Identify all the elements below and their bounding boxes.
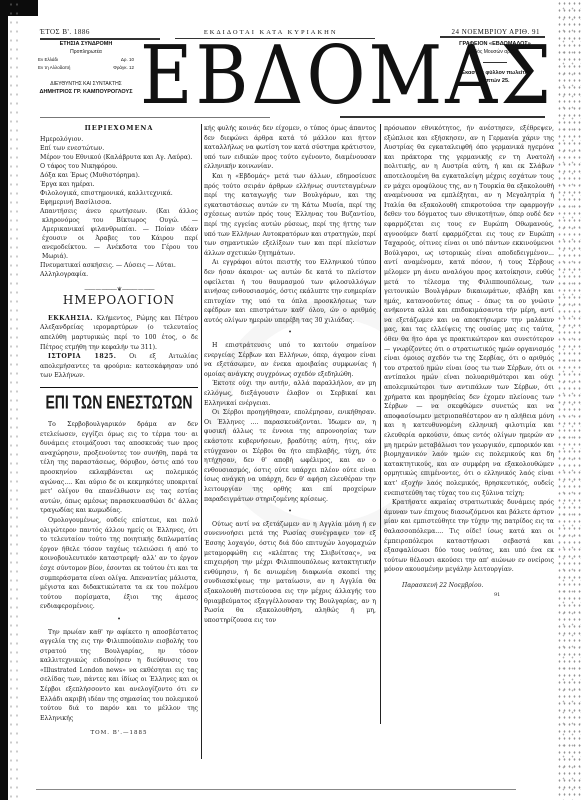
director-label: ΔΙΕΥΘΥΝΤΗΣ ΚΑΙ ΣΥΝΤΑΚΤΗΣ: [38, 80, 134, 88]
page-bottom-rule: [36, 789, 516, 790]
scan-noise-right: [557, 0, 581, 800]
entry-lead: ΙΣΤΟΡΙΑ 1825.: [48, 353, 116, 360]
article-paragraph: πρόσωπον εθνικότητος, ήν ανέστησεν, εξέθ…: [384, 124, 554, 498]
article-paragraph: Την πρωίαν καθ' ην αφίκετο η αποσβέστατο…: [40, 628, 198, 724]
column-1: ΠΕΡΙΕΧΟΜΕΝΑ Ημερολόγιον. Επί των ενεστώτ…: [40, 124, 198, 739]
contents-item: Ο τάφος του Νικηφόρου.: [40, 162, 198, 171]
contents-item: Απαντήσεις άνευ ερωτήσεων. (Και άλλος κλ…: [40, 207, 198, 261]
office-box: ΓΡΑΦΕΙΟΝ «ΕΒΔΟΜΑΔΟΣ» Οδός Μουσών αριθ. 6…: [440, 40, 550, 110]
subscription-row: Εν Ελλάδι Δρ. 10: [38, 56, 134, 64]
calendar-entry: ΕΚΚΛΗΣΙΑ. Κλήμεντος, Ρώμης και Πέτρου Αλ…: [40, 314, 198, 352]
entry-lead: ΕΚΚΛΗΣΙΑ.: [48, 315, 93, 322]
article-paragraph: Έκτοτε ούχι την αυτήν, αλλά παραλλήλον, …: [204, 379, 376, 408]
director-name: ΔΗΜΗΤΡΙΟΣ ΓΡ. ΚΑΜΠΟΥΡΟΓΛΟΥΣ: [38, 88, 134, 96]
subscription-row: Εν τη Αλλοδαπή Φράγκ. 12: [38, 64, 134, 72]
column-3: πρόσωπον εθνικότητος, ήν ανέστησεν, εξέθ…: [384, 124, 554, 600]
article-paragraph: Αι εγγράφοι αύτοι πειστής του Ελληνικού …: [204, 258, 376, 325]
paragraph-separator: •: [204, 507, 376, 517]
binding-edge: [0, 0, 8, 800]
row-value: Δρ. 10: [121, 56, 134, 64]
column-2: κής φυλής κοινάς δεν είχομεν, ο τύπος όμ…: [204, 124, 376, 625]
paragraph-separator: •: [204, 328, 376, 338]
contents-item: Έργα και ημέραι.: [40, 180, 198, 189]
current-affairs-heading: ΕΠΙ ΤΩΝ ΕΝΕΣΤΩΤΩΝ: [40, 397, 198, 409]
newspaper-page: ΈΤΟΣ Β'. 1886 ΕΚΔΙΔΟΤΑΙ ΚΑΤΑ ΚΥΡΙΑΚΗΝ 24…: [0, 0, 581, 800]
price-line-1: Έκαστον φύλλον πωλείται: [440, 69, 550, 77]
year-label: ΈΤΟΣ Β'. 1886: [40, 28, 90, 36]
article-paragraph: Η επιστράτευσις υπό το καιτούν σημαίνον …: [204, 341, 376, 379]
contents-item: Δόξα και Έρως (Μυθιστόρημα).: [40, 171, 198, 180]
contents-heading: ΠΕΡΙΕΧΟΜΕΝΑ: [40, 124, 198, 134]
price-line-2: λεπτών 25.: [440, 77, 550, 85]
calendar-entry: ΙΣΤΟΡΙΑ 1825. Οι εξ Αιτωλίας απολεμήσαντ…: [40, 352, 198, 381]
office-heading: ΓΡΑΦΕΙΟΝ «ΕΒΔΟΜΑΔΟΣ»: [440, 40, 550, 48]
row-value: Φράγκ. 12: [113, 64, 134, 72]
article-signature: Παρασκευή 22 Νοεμβρίου.: [384, 581, 554, 591]
article-paragraph: Οι Σέρβοι προηγήθησαν, επολέμησαν, ενική…: [204, 408, 376, 504]
scan-noise-left: [8, 0, 22, 800]
masthead-bottom-rule: [40, 117, 270, 118]
volume-footer: ΤΟΜ. Β'.—1885: [40, 729, 198, 739]
contents-item: Πνευματικαί ασκήσεις. — Λύσεις — Λύται.: [40, 261, 198, 270]
section-rule: [40, 387, 198, 389]
masthead-bottom-rule: [340, 116, 545, 118]
page-number: 91: [494, 591, 554, 601]
contents-item: Μέρον του Εθνικού (Καλάβρυτα και Αγ. Λαύ…: [40, 153, 198, 162]
office-divider: [483, 62, 507, 63]
subscription-subheading: Προπληρωτέα: [38, 48, 134, 56]
article-paragraph: Το Σερβοβουλγαρικόν δράμα αν δεν ετελείω…: [40, 420, 198, 516]
article-paragraph: Ομολογουμένως, ουδείς επίστευε, και πολύ…: [40, 516, 198, 612]
article-paragraph: Ούτως αντί να εξετάζωμεν αν η Αγγλία μόν…: [204, 520, 376, 626]
article-paragraph: Και η «Εβδομάς» μετά των άλλων, εδημοσίε…: [204, 172, 376, 258]
column-divider: [201, 124, 202, 759]
calendar-heading: ΗΜΕΡΟΛΟΓΙΟΝ: [40, 296, 198, 306]
subscription-box: ΕΤΗΣΙΑ ΣΥΝΔΡΟΜΗ Προπληρωτέα Εν Ελλάδι Δρ…: [38, 40, 134, 110]
row-label: Εν τη Αλλοδαπή: [38, 64, 70, 72]
contents-item: Εφημερινή Βασίλισσα.: [40, 198, 198, 207]
column-divider: [380, 124, 381, 724]
contents-item: Φιλολογικά, επιστημονικά, καλλιτεχνικά.: [40, 189, 198, 198]
newspaper-title: ΕΒΔΟΜΑΣ: [140, 31, 430, 121]
contents-item: Αλληλογραφία.: [40, 270, 198, 279]
article-paragraph: κής φυλής κοινάς δεν είχομεν, ο τύπος όμ…: [204, 124, 376, 172]
subscription-heading: ΕΤΗΣΙΑ ΣΥΝΔΡΟΜΗ: [38, 40, 134, 48]
office-address: Οδός Μουσών αριθ. 6: [440, 48, 550, 56]
row-label: Εν Ελλάδι: [38, 56, 58, 64]
contents-item: Ημερολόγιον.: [40, 135, 198, 144]
paragraph-separator: •: [40, 615, 198, 625]
article-paragraph: Κρατήσατε ακμαίας στρατιωτικάς δυνάμεις …: [384, 498, 554, 575]
contents-item: Επί των ενεστώτων.: [40, 144, 198, 153]
